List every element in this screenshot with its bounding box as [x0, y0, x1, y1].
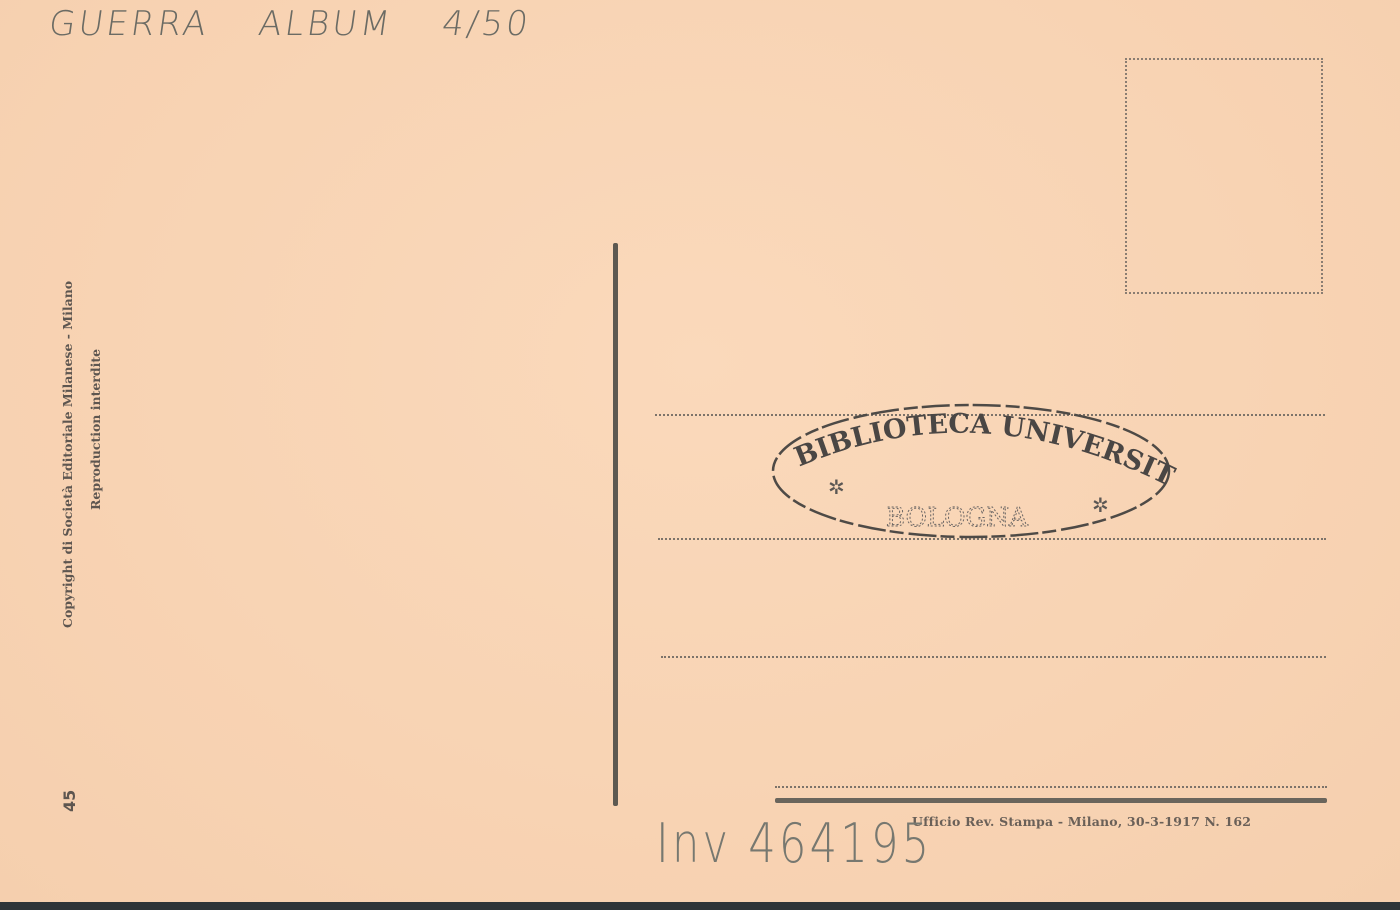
address-line-3	[661, 656, 1326, 658]
stamp-ornament-left: ✲	[828, 475, 845, 499]
stamp-top-text: BIBLIOTECA UNIVERSITARIA	[759, 376, 1179, 492]
handwritten-inventory-number: Inv 464195	[656, 812, 932, 875]
postcard-back: GUERRA ALBUM 4/50 Copyright di Società E…	[0, 0, 1400, 902]
library-stamp-icon: BIBLIOTECA UNIVERSITARIA BOLOGNA ✲ ✲	[770, 400, 1172, 542]
printer-censorship-note: Ufficio Rev. Stampa - Milano, 30-3-1917 …	[912, 814, 1251, 829]
scan-bottom-edge	[0, 902, 1400, 910]
address-line-4	[775, 786, 1327, 788]
stamp-ornament-right: ✲	[1092, 493, 1109, 517]
stamp-bottom-text: BOLOGNA	[886, 503, 1029, 533]
center-divider-line	[613, 243, 618, 806]
card-number: 45	[60, 790, 79, 812]
postage-stamp-box	[1125, 58, 1323, 294]
reproduction-notice: Reproduction interdite	[88, 349, 103, 510]
handwritten-header: GUERRA ALBUM 4/50	[46, 4, 533, 44]
library-stamp: BIBLIOTECA UNIVERSITARIA BOLOGNA ✲ ✲	[770, 400, 1172, 542]
publisher-copyright: Copyright di Società Editoriale Milanese…	[60, 281, 75, 628]
address-solid-rule	[775, 798, 1327, 803]
